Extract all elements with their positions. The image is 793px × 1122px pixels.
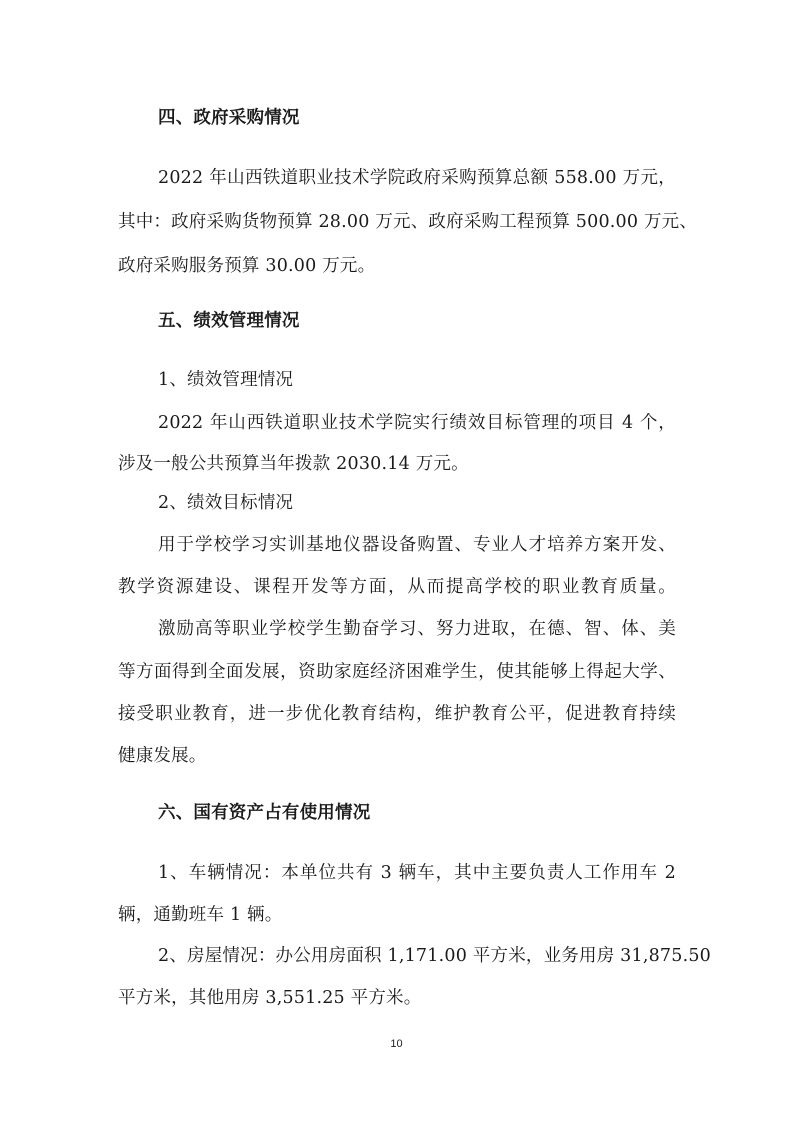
paragraph-line: 政府采购服务预算 30.00 万元。 bbox=[118, 254, 375, 278]
subheading-performance-goals: 2、绩效目标情况 bbox=[158, 491, 293, 515]
paragraph-line: 2022 年山西铁道职业技术学院政府采购预算总额 558.00 万元， bbox=[158, 166, 676, 190]
paragraph-line: 激励高等职业学校学生勤奋学习、努力进取，在德、智、体、美 bbox=[158, 617, 676, 641]
paragraph-line: 辆，通勤班车 1 辆。 bbox=[118, 903, 282, 927]
paragraph-line: 2、房屋情况：办公用房面积 1,171.00 平方米，业务用房 31,875.5… bbox=[158, 944, 676, 968]
paragraph-line: 2022 年山西铁道职业技术学院实行绩效目标管理的项目 4 个， bbox=[158, 411, 676, 435]
paragraph-line: 教学资源建设、课程开发等方面，从而提高学校的职业教育质量。 bbox=[118, 575, 676, 599]
paragraph-line: 用于学校学习实训基地仪器设备购置、专业人才培养方案开发、 bbox=[158, 533, 676, 557]
section-heading-procurement: 四、政府采购情况 bbox=[158, 106, 300, 130]
paragraph-line: 涉及一般公共预算当年拨款 2030.14 万元。 bbox=[118, 452, 469, 476]
paragraph-line: 健康发展。 bbox=[118, 744, 207, 768]
section-heading-state-assets: 六、国有资产占有使用情况 bbox=[158, 801, 370, 825]
paragraph-line: 等方面得到全面发展，资助家庭经济困难学生，使其能够上得起大学、 bbox=[118, 660, 676, 684]
paragraph-line: 1、车辆情况：本单位共有 3 辆车，其中主要负责人工作用车 2 bbox=[158, 861, 676, 885]
paragraph-line: 其中：政府采购货物预算 28.00 万元、政府采购工程预算 500.00 万元、 bbox=[118, 210, 676, 234]
page-number: 10 bbox=[0, 1038, 793, 1050]
paragraph-line: 平方米，其他用房 3,551.25 平方米。 bbox=[118, 986, 421, 1010]
section-heading-performance: 五、绩效管理情况 bbox=[158, 309, 300, 333]
subheading-performance-management: 1、绩效管理情况 bbox=[158, 368, 293, 392]
paragraph-line: 接受职业教育，进一步优化教育结构，维护教育公平，促进教育持续 bbox=[118, 702, 676, 726]
